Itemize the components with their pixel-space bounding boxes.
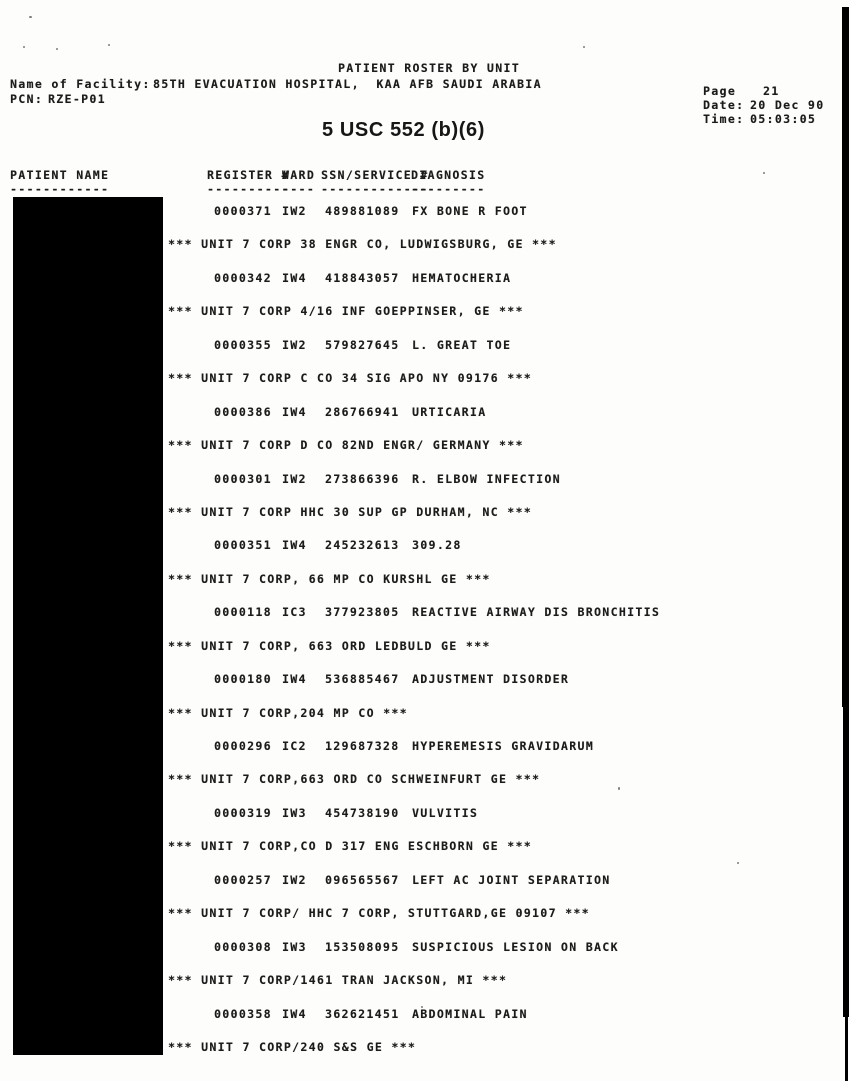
cell-diagnosis: ADJUSTMENT DISORDER	[412, 672, 569, 686]
cell-ward: IW4	[282, 1007, 307, 1021]
col-underline-ward: ----	[282, 182, 315, 196]
scan-edge-artifact	[845, 1017, 848, 1081]
unit-separator-text: *** UNIT 7 CORP D CO 82ND ENGR/ GERMANY …	[168, 438, 524, 452]
cell-diagnosis: SUSPICIOUS LESION ON BACK	[412, 940, 619, 954]
cell-diagnosis: R. ELBOW INFECTION	[412, 472, 561, 486]
cell-register: 0000308	[214, 940, 272, 954]
scan-speck	[618, 787, 620, 790]
cell-ssn: 454738190	[325, 806, 399, 820]
cell-ward: IW4	[282, 672, 307, 686]
cell-ward: IW3	[282, 940, 307, 954]
cell-diagnosis: URTICARIA	[412, 405, 486, 419]
page-number: 21	[763, 84, 780, 98]
cell-ssn: 096565567	[325, 873, 399, 887]
unit-separator-text: *** UNIT 7 CORP/1461 TRAN JACKSON, MI **…	[168, 973, 507, 987]
cell-diagnosis: ABDOMINAL PAIN	[412, 1007, 528, 1021]
cell-register: 0000296	[214, 739, 272, 753]
col-underline-register: ----------	[207, 182, 290, 196]
unit-separator-text: *** UNIT 7 CORP, 66 MP CO KURSHL GE ***	[168, 572, 491, 586]
cell-register: 0000371	[214, 204, 272, 218]
col-underline-diagnosis: ---------	[411, 182, 485, 196]
scan-speck	[421, 1006, 423, 1008]
cell-diagnosis: 309.28	[412, 538, 462, 552]
cell-diagnosis: LEFT AC JOINT SEPARATION	[412, 873, 611, 887]
col-header-diagnosis: DIAGNOSIS	[411, 168, 485, 182]
cell-ward: IW2	[282, 204, 307, 218]
cell-ward: IW4	[282, 538, 307, 552]
cell-register: 0000319	[214, 806, 272, 820]
cell-diagnosis: L. GREAT TOE	[412, 338, 511, 352]
unit-separator-text: *** UNIT 7 CORP C CO 34 SIG APO NY 09176…	[168, 371, 532, 385]
redaction-block-patient-names	[13, 197, 163, 1055]
unit-separator-text: *** UNIT 7 CORP/240 S&S GE ***	[168, 1040, 416, 1054]
cell-register: 0000358	[214, 1007, 272, 1021]
cell-ward: IW4	[282, 271, 307, 285]
cell-diagnosis: VULVITIS	[412, 806, 478, 820]
cell-ssn: 418843057	[325, 271, 399, 285]
scan-edge-artifact	[843, 707, 849, 1017]
cell-ward: IW2	[282, 338, 307, 352]
unit-separator-text: *** UNIT 7 CORP, 663 ORD LEDBULD GE ***	[168, 639, 491, 653]
unit-separator-text: *** UNIT 7 CORP,CO D 317 ENG ESCHBORN GE…	[168, 839, 532, 853]
scan-edge-artifact	[842, 7, 849, 707]
cell-ssn: 129687328	[325, 739, 399, 753]
cell-ward: IW4	[282, 405, 307, 419]
cell-register: 0000180	[214, 672, 272, 686]
scanned-document: { "header": { "report_title": "PATIENT R…	[0, 0, 850, 1081]
cell-ward: IW2	[282, 873, 307, 887]
scan-speck	[737, 862, 739, 864]
foia-exemption-stamp: 5 USC 552 (b)(6)	[322, 119, 485, 142]
col-header-patient-name: PATIENT NAME	[10, 168, 109, 182]
cell-register: 0000351	[214, 538, 272, 552]
cell-ward: IC3	[282, 605, 307, 619]
cell-diagnosis: FX BONE R FOOT	[412, 204, 528, 218]
report-title: PATIENT ROSTER BY UNIT	[338, 61, 520, 75]
cell-diagnosis: REACTIVE AIRWAY DIS BRONCHITIS	[412, 605, 660, 619]
cell-register: 0000342	[214, 271, 272, 285]
cell-register: 0000257	[214, 873, 272, 887]
cell-register: 0000301	[214, 472, 272, 486]
cell-register: 0000386	[214, 405, 272, 419]
facility-value: 85TH EVACUATION HOSPITAL, KAA AFB SAUDI …	[153, 77, 542, 91]
unit-separator-text: *** UNIT 7 CORP,663 ORD CO SCHWEINFURT G…	[168, 772, 540, 786]
col-header-register: REGISTER #	[207, 168, 290, 182]
cell-ssn: 286766941	[325, 405, 399, 419]
col-underline-patient-name: ------------	[10, 182, 109, 196]
unit-separator-text: *** UNIT 7 CORP/ HHC 7 CORP, STUTTGARD,G…	[168, 906, 590, 920]
cell-ward: IC2	[282, 739, 307, 753]
scan-speck	[56, 48, 58, 50]
pcn-label: PCN:	[10, 92, 43, 106]
cell-register: 0000355	[214, 338, 272, 352]
cell-diagnosis: HEMATOCHERIA	[412, 271, 511, 285]
time-label: Time:	[703, 112, 744, 126]
cell-ssn: 377923805	[325, 605, 399, 619]
date-label: Date:	[703, 98, 744, 112]
cell-ssn: 489881089	[325, 204, 399, 218]
time-value: 05:03:05	[750, 112, 816, 126]
cell-ssn: 579827645	[325, 338, 399, 352]
cell-ward: IW3	[282, 806, 307, 820]
cell-diagnosis: HYPEREMESIS GRAVIDARUM	[412, 739, 594, 753]
cell-ssn: 273866396	[325, 472, 399, 486]
cell-ssn: 362621451	[325, 1007, 399, 1021]
cell-ssn: 153508095	[325, 940, 399, 954]
scan-speck	[108, 44, 110, 46]
unit-separator-text: *** UNIT 7 CORP 4/16 INF GOEPPINSER, GE …	[168, 304, 524, 318]
scan-speck	[29, 16, 32, 18]
cell-ssn: 245232613	[325, 538, 399, 552]
unit-separator-text: *** UNIT 7 CORP 38 ENGR CO, LUDWIGSBURG,…	[168, 237, 557, 251]
scan-speck	[763, 172, 765, 174]
cell-register: 0000118	[214, 605, 272, 619]
unit-separator-text: *** UNIT 7 CORP HHC 30 SUP GP DURHAM, NC…	[168, 505, 532, 519]
facility-label: Name of Facility:	[10, 77, 151, 91]
date-value: 20 Dec 90	[750, 98, 824, 112]
pcn-value: RZE-P01	[48, 92, 106, 106]
cell-ssn: 536885467	[325, 672, 399, 686]
col-header-ward: WARD	[282, 168, 315, 182]
cell-ward: IW2	[282, 472, 307, 486]
scan-speck	[23, 46, 25, 48]
unit-separator-text: *** UNIT 7 CORP,204 MP CO ***	[168, 706, 408, 720]
scan-speck	[583, 46, 585, 48]
page-label: Page	[703, 84, 736, 98]
